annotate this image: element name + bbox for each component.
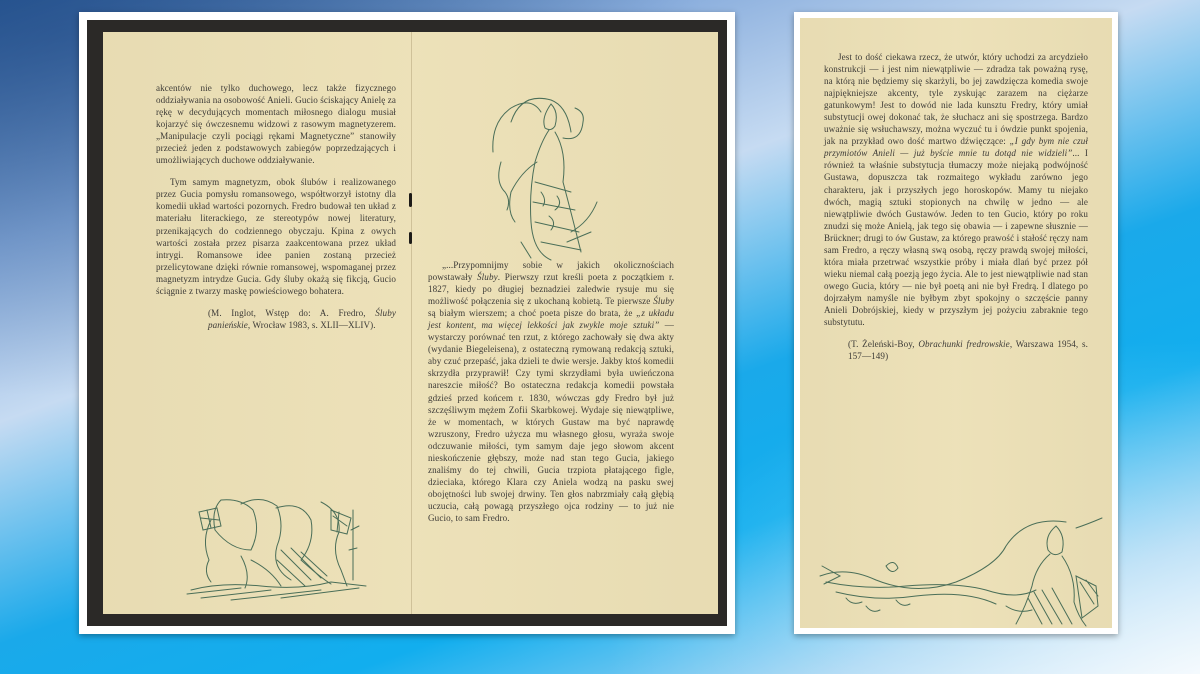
citation: (M. Inglot, Wstęp do: A. Fredro, Śluby p… (208, 307, 396, 331)
paragraph: Jest to dość ciekawa rzecz, że utwór, kt… (824, 51, 1088, 328)
sketch-group-of-figures (181, 490, 371, 602)
left-scan-frame: akcentów nie tylko duchowego, lecz także… (79, 12, 735, 634)
paragraph: akcentów nie tylko duchowego, lecz także… (156, 82, 396, 166)
right-page-text: „...Przypomnijmy sobie w jakich okoliczn… (428, 259, 674, 524)
staple-top (409, 193, 412, 207)
booklet-spread: akcentów nie tylko duchowego, lecz także… (103, 32, 718, 614)
booklet-page: Jest to dość ciekawa rzecz, że utwór, kt… (800, 18, 1112, 628)
page-fold (411, 32, 412, 614)
sketch-woman-with-flowing-veil (806, 506, 1106, 628)
paragraph: Tym samym magnetyzm, obok ślubów i reali… (156, 176, 396, 296)
sketch-woman-in-gown (471, 82, 601, 262)
staple-bottom (409, 232, 412, 244)
right-scan-frame: Jest to dość ciekawa rzecz, że utwór, kt… (794, 12, 1118, 634)
page-text: Jest to dość ciekawa rzecz, że utwór, kt… (824, 51, 1088, 362)
citation: (T. Żeleński-Boy, Obrachunki fredrowskie… (848, 338, 1088, 362)
left-page-text: akcentów nie tylko duchowego, lecz także… (156, 82, 396, 331)
paragraph: „...Przypomnijmy sobie w jakich okoliczn… (428, 259, 674, 524)
